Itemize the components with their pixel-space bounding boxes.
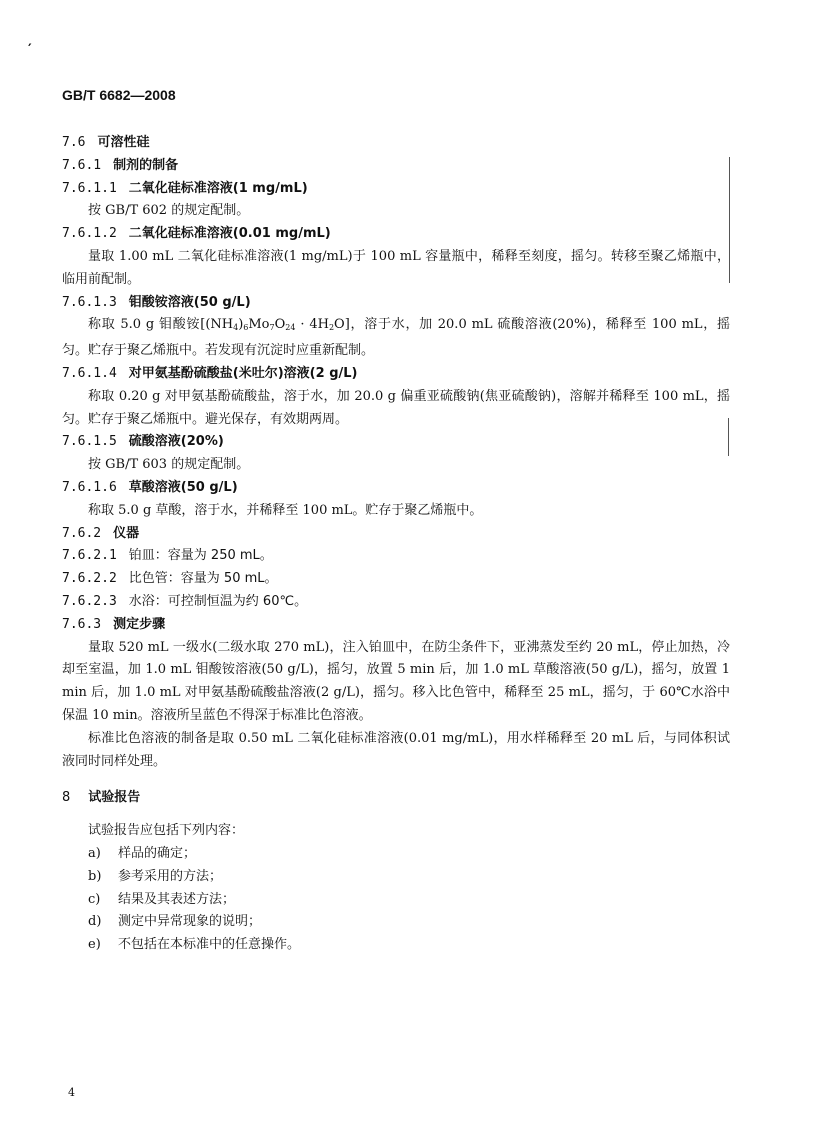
section-7-6-2-1: 7.6.2.1铂皿：容量为 250 mL。 (62, 545, 730, 568)
section-7-6-1-4-body: 称取 0.20 g 对甲氨基酚硫酸盐，溶于水，加 20.0 g 偏重亚硫酸钠(焦… (62, 386, 730, 432)
section-7-6-1-4-heading: 7.6.1.4对甲氨基酚硫酸盐(米吐尔)溶液(2 g/L) (62, 363, 730, 386)
section-7-6-1-1-heading: 7.6.1.1二氧化硅标准溶液(1 mg/mL) (62, 178, 730, 201)
section-7-6-1-2-heading: 7.6.1.2二氧化硅标准溶液(0.01 mg/mL) (62, 223, 730, 246)
section-8-heading: 8试验报告 (62, 787, 730, 810)
standard-code-header: GB/T 6682—2008 (62, 87, 176, 103)
section-7-6-1-6-body: 称取 5.0 g 草酸，溶于水，并稀释至 100 mL。贮存于聚乙烯瓶中。 (62, 500, 730, 523)
section-7-6-2-2: 7.6.2.2比色管：容量为 50 mL。 (62, 568, 730, 591)
section-7-6-2-3: 7.6.2.3水浴：可控制恒温为约 60℃。 (62, 591, 730, 614)
section-7-6-1-5-body: 按 GB/T 603 的规定配制。 (62, 454, 730, 477)
report-items-list: a)样品的确定； b)参考采用的方法； c)结果及其表述方法； d)测定中异常现… (62, 843, 730, 957)
list-item: d)测定中异常现象的说明； (88, 911, 730, 934)
section-7-6-3-heading: 7.6.3测定步骤 (62, 614, 730, 637)
page-number: 4 (68, 1086, 75, 1099)
section-8-intro: 试验报告应包括下列内容： (62, 820, 730, 843)
section-7-6-heading: 7.6可溶性硅 (62, 132, 730, 155)
section-7-6-1-5-heading: 7.6.1.5硫酸溶液(20%) (62, 431, 730, 454)
list-item: a)样品的确定； (88, 843, 730, 866)
corner-mark: ′ (28, 42, 32, 58)
section-7-6-1-2-body: 量取 1.00 mL 二氧化硅标准溶液(1 mg/mL)于 100 mL 容量瓶… (62, 246, 730, 292)
list-item: c)结果及其表述方法； (88, 889, 730, 912)
list-item: b)参考采用的方法； (88, 866, 730, 889)
section-7-6-1-3-heading: 7.6.1.3钼酸铵溶液(50 g/L) (62, 292, 730, 315)
section-7-6-1-heading: 7.6.1制剂的制备 (62, 155, 730, 178)
section-7-6-1-6-heading: 7.6.1.6草酸溶液(50 g/L) (62, 477, 730, 500)
section-7-6-3-para-2: 标准比色溶液的制备是取 0.50 mL 二氧化硅标准溶液(0.01 mg/mL)… (62, 728, 730, 774)
list-item: e)不包括在本标准中的任意操作。 (88, 934, 730, 957)
document-body: 7.6可溶性硅 7.6.1制剂的制备 7.6.1.1二氧化硅标准溶液(1 mg/… (62, 132, 730, 957)
section-7-6-3-para-1: 量取 520 mL 一级水(二级水取 270 mL)，注入铂皿中，在防尘条件下，… (62, 637, 730, 728)
section-7-6-2-heading: 7.6.2仪器 (62, 523, 730, 546)
section-7-6-1-3-body: 称取 5.0 g 钼酸铵[(NH4)6Mo7O24 · 4H2O]，溶于水，加 … (62, 314, 730, 363)
section-7-6-1-1-body: 按 GB/T 602 的规定配制。 (62, 200, 730, 223)
